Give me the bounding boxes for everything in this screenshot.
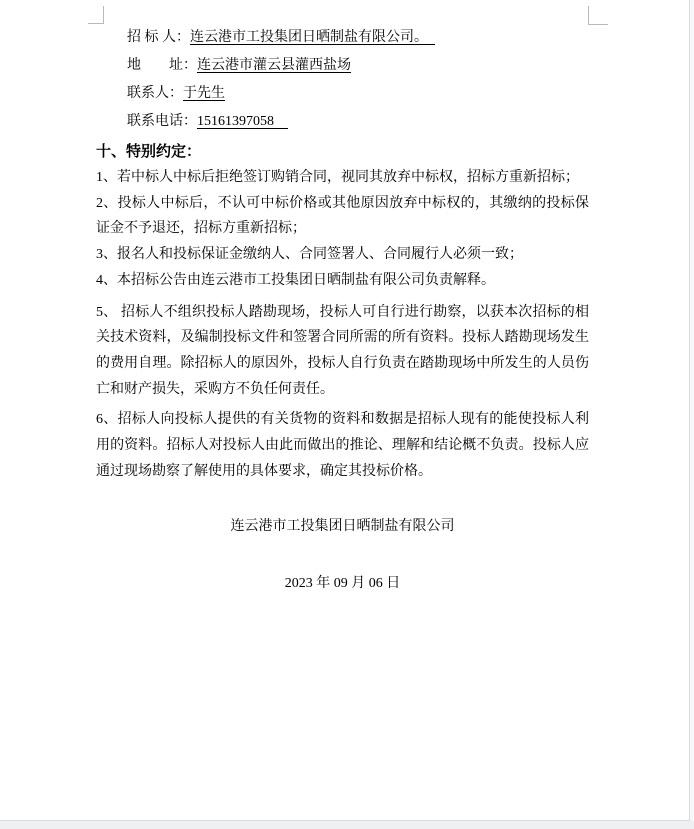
section-heading: 十、特别约定：: [96, 138, 589, 165]
clause-item-2: 2、投标人中标后，不认可中标价格或其他原因放弃中标权的，其缴纳的投标保证金不予退…: [96, 191, 589, 242]
margin-crop-mark-top-right-icon: [588, 6, 608, 25]
tenderer-value: 连云港市工投集团日晒制盐有限公司。: [190, 30, 435, 45]
address-label: 地 址：: [127, 58, 197, 73]
contact-person-value: 于先生: [183, 86, 225, 101]
address-row: 地 址：连云港市灌云县灌西盐场: [127, 52, 589, 80]
address-value: 连云港市灌云县灌西盐场: [197, 58, 351, 73]
tenderer-label: 招 标 人：: [127, 30, 190, 45]
clause-item-1: 1、若中标人中标后拒绝签订购销合同，视同其放弃中标权，招标方重新招标；: [96, 165, 589, 191]
phone-value: 15161397058: [197, 114, 288, 129]
clause-item-4: 4、本招标公告由连云港市工投集团日晒制盐有限公司负责解释。: [96, 268, 589, 294]
phone-label: 联系电话：: [127, 114, 197, 129]
margin-crop-mark-top-left-icon: [88, 6, 104, 24]
tenderer-row: 招 标 人：连云港市工投集团日晒制盐有限公司。: [127, 24, 589, 52]
clause-item-3: 3、报名人和投标保证金缴纳人、合同签署人、合同履行人必须一致；: [96, 242, 589, 268]
clause-item-5: 5、 招标人不组织投标人踏勘现场，投标人可自行进行勘察，以获本次招标的相关技术资…: [96, 300, 589, 403]
contact-person-label: 联系人：: [127, 86, 183, 101]
phone-row: 联系电话：15161397058: [127, 108, 589, 136]
contact-block: 招 标 人：连云港市工投集团日晒制盐有限公司。 地 址：连云港市灌云县灌西盐场 …: [96, 24, 589, 136]
clause-item-6: 6、招标人向投标人提供的有关货物的资料和数据是招标人现有的能使投标人利用的资料。…: [96, 407, 589, 484]
document-content: 招 标 人：连云港市工投集团日晒制盐有限公司。 地 址：连云港市灌云县灌西盐场 …: [96, 24, 589, 594]
contact-person-row: 联系人：于先生: [127, 80, 589, 108]
document-page: 招 标 人：连云港市工投集团日晒制盐有限公司。 地 址：连云港市灌云县灌西盐场 …: [0, 0, 690, 821]
signature-date: 2023 年 09 月 06 日: [96, 574, 589, 594]
signature-company: 连云港市工投集团日晒制盐有限公司: [96, 517, 589, 537]
page-right-gutter: [690, 0, 694, 821]
